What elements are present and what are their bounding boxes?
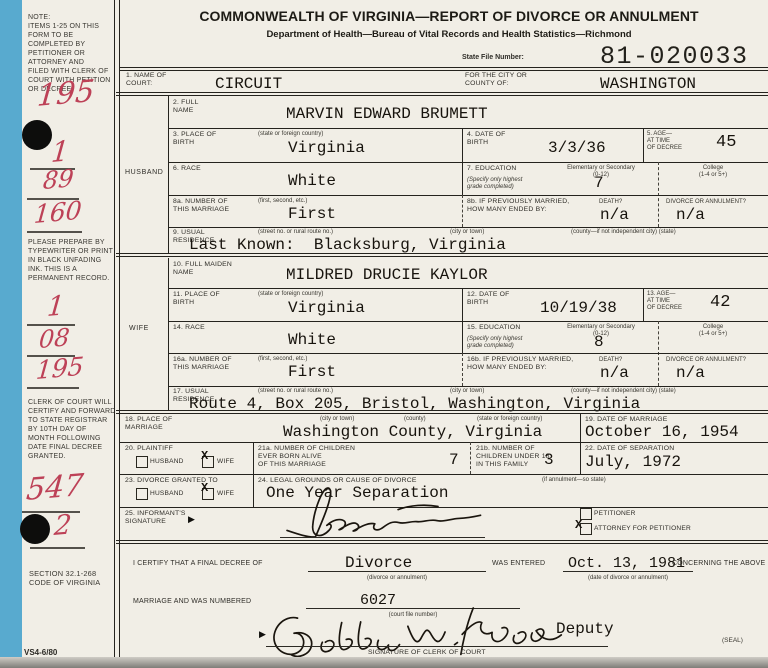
rule (168, 353, 768, 354)
decree-type-value: Divorce (345, 555, 412, 572)
court-name-label: 1. NAME OF COURT: (126, 72, 167, 88)
rule (119, 0, 120, 662)
wife-edu-college-label: College (1-4 or 5+) (668, 324, 758, 338)
granted-husband-label: HUSBAND (150, 490, 184, 497)
husband-divorce-value: n/a (676, 207, 705, 224)
checkmark-x: X (201, 449, 208, 463)
sidebar-note-prepare: PLEASE PREPARE BY TYPEWRITER OR PRINT IN… (28, 238, 120, 283)
certify-text-2: WAS ENTERED (492, 560, 545, 568)
husband-edu-elem-value: 7 (594, 175, 604, 192)
husband-residence-hint-county: (county—if not independent city) (state) (571, 229, 676, 236)
husband-edu-college-label: College (1-4 or 5+) (668, 165, 758, 179)
husband-prev-marriage-label: 8b. IF PREVIOUSLY MARRIED, HOW MANY ENDE… (467, 198, 569, 214)
entered-date-hint: (date of divorce or annulment) (563, 575, 693, 582)
entered-date-value: Oct. 13, 1981 (568, 555, 685, 572)
clerk-signature-caption: SIGNATURE OF CLERK OF COURT (368, 649, 486, 657)
informant-signature-label: 25. INFORMANT'S SIGNATURE (125, 510, 186, 526)
wife-birth-date-label: 12. DATE OF BIRTH (467, 291, 510, 307)
rule (168, 162, 768, 163)
separation-date-value: July, 1972 (585, 454, 681, 471)
blue-binding-strip (0, 0, 22, 668)
rule (470, 442, 471, 474)
husband-birth-place-label: 3. PLACE OF BIRTH (173, 131, 216, 147)
checkmark-x: X (575, 518, 582, 532)
husband-race-value: White (288, 173, 336, 190)
husband-race-label: 6. RACE (173, 165, 201, 173)
handwritten-number: 195 (35, 354, 85, 383)
wife-race-label: 14. RACE (173, 324, 205, 332)
children-born-label: 21a. NUMBER OF CHILDREN EVER BORN ALIVE … (258, 445, 355, 470)
rule (462, 195, 463, 227)
rule (168, 128, 768, 129)
plaintiff-wife-label: WIFE (217, 458, 234, 465)
sidebar-form-code: VS4-6/80 (24, 648, 57, 657)
divorce-report-form: NOTE: ITEMS 1-25 ON THIS FORM TO BE COMP… (0, 0, 768, 668)
wife-prev-marriage-label: 16b. IF PREVIOUSLY MARRIED, HOW MANY END… (467, 356, 573, 372)
wife-birth-place-hint: (state or foreign country) (258, 291, 323, 298)
husband-marriage-num-label: 8a. NUMBER OF THIS MARRIAGE (173, 198, 229, 214)
checkmark-x: X (201, 481, 208, 495)
wife-education-label: 15. EDUCATION (467, 324, 520, 332)
husband-birth-date-value: 3/3/36 (548, 140, 606, 157)
rule (580, 442, 581, 474)
rule (168, 258, 169, 411)
marriage-place-hint-county: (county) (404, 416, 426, 423)
husband-residence-hint-street: (street no. or rural route no.) (258, 229, 333, 236)
husband-birth-place-hint: (state or foreign country) (258, 131, 323, 138)
certify-text-1: I CERTIFY THAT A FINAL DECREE OF (133, 560, 263, 568)
informant-signature (277, 471, 505, 545)
wife-full-name-label: 10. FULL MAIDEN NAME (173, 261, 232, 277)
county-label: FOR THE CITY OR COUNTY OF: (465, 72, 527, 88)
rule (120, 442, 768, 443)
wife-marriage-num-hint: (first, second, etc.) (258, 356, 307, 363)
wife-birth-date-value: 10/19/38 (540, 300, 617, 317)
husband-section-label: HUSBAND (125, 169, 163, 176)
marriage-place-hint-state: (state or foreign country) (477, 416, 542, 423)
rule (168, 288, 768, 289)
form-subtitle: Department of Health—Bureau of Vital Rec… (130, 29, 768, 40)
rule (114, 0, 115, 662)
state-file-number-stamp: 81-020033 (600, 44, 749, 69)
county-value: WASHINGTON (600, 76, 696, 93)
handwritten-underline (27, 387, 79, 389)
petitioner-label: PETITIONER (594, 510, 636, 517)
husband-death-value: n/a (600, 207, 629, 224)
wife-full-name-value: MILDRED DRUCIE KAYLOR (286, 267, 488, 284)
handwritten-number: 1 (46, 292, 66, 321)
wife-birth-place-value: Virginia (288, 300, 365, 317)
husband-death-label: DEATH? (599, 199, 622, 206)
husband-full-name-label: 2. FULL NAME (173, 99, 199, 115)
rule (116, 410, 768, 414)
grounds-hint: (if annulment—so state) (542, 477, 606, 484)
rule (116, 253, 768, 257)
wife-edu-elem-value: 8 (594, 334, 604, 351)
husband-full-name-value: MARVIN EDWARD BRUMETT (286, 106, 488, 123)
wife-marriage-num-value: First (288, 364, 336, 381)
rule (168, 227, 768, 228)
handwritten-number: 1 (50, 137, 70, 167)
form-title: COMMONWEALTH OF VIRGINIA—REPORT OF DIVOR… (130, 8, 768, 24)
rule (116, 92, 768, 96)
marriage-date-value: October 16, 1954 (585, 424, 739, 441)
court-name-value: CIRCUIT (215, 76, 282, 93)
handwritten-number: 08 (38, 325, 71, 352)
husband-age-value: 45 (716, 134, 736, 151)
handwritten-underline (30, 547, 85, 549)
husband-birth-date-label: 4. DATE OF BIRTH (467, 131, 506, 147)
husband-education-hint: (Specify only highest grade completed) (467, 177, 522, 191)
wife-divorce-value: n/a (676, 365, 705, 382)
separation-date-label: 22. DATE OF SEPARATION (585, 445, 674, 453)
rule (462, 353, 463, 386)
wife-education-hint: (Specify only highest grade completed) (467, 336, 522, 350)
certify-text-3: CONCERNING THE ABOVE (672, 560, 765, 568)
marriage-place-hint-city: (city or town) (320, 416, 354, 423)
decree-hint: (divorce or annulment) (308, 575, 486, 582)
rule (643, 128, 644, 162)
rule (168, 195, 768, 196)
handwritten-number: 547 (25, 471, 85, 506)
clerk-signature-line (266, 646, 608, 647)
attorney-label: ATTORNEY FOR PETITIONER (594, 525, 691, 532)
rule (168, 95, 169, 254)
plaintiff-husband-checkbox (136, 456, 148, 468)
handwritten-number: 2 (53, 511, 73, 540)
marriage-place-value: Washington County, Virginia (283, 424, 542, 441)
arrow-right-icon: ▶ (188, 515, 195, 524)
wife-birth-place-label: 11. PLACE OF BIRTH (173, 291, 220, 307)
informant-signature-line (280, 537, 485, 538)
husband-residence-value: Last Known: Blacksburg, Virginia (189, 237, 506, 254)
wife-divorce-label: DIVORCE OR ANNULMENT? (666, 357, 746, 364)
handwritten-number: 160 (33, 198, 83, 227)
husband-marriage-num-hint: (first, second, etc.) (258, 198, 307, 205)
certify-text-4: MARRIAGE AND WAS NUMBERED (133, 598, 251, 606)
marriage-place-label: 18. PLACE OF MARRIAGE (125, 416, 172, 432)
wife-race-value: White (288, 332, 336, 349)
state-file-number-label: State File Number: (462, 54, 524, 61)
seal-label: (SEAL) (722, 637, 743, 644)
page-bottom-shadow (0, 657, 768, 668)
wife-residence-hint-city: (city or town) (450, 388, 484, 395)
rule (116, 540, 768, 544)
deputy-value: Deputy (556, 621, 614, 638)
wife-death-value: n/a (600, 365, 629, 382)
husband-residence-hint-city: (city or town) (450, 229, 484, 236)
plaintiff-label: 20. PLAINTIFF (125, 445, 173, 453)
husband-birth-place-value: Virginia (288, 140, 365, 157)
granted-husband-checkbox (136, 488, 148, 500)
rule (643, 288, 644, 321)
wife-age-value: 42 (710, 294, 730, 311)
hole-punch-bottom (20, 514, 50, 544)
rule (168, 321, 768, 322)
sidebar-section-code: SECTION 32.1-268 CODE OF VIRGINIA (29, 569, 121, 587)
arrow-right-icon: ▶ (259, 630, 266, 639)
husband-divorce-label: DIVORCE OR ANNULMENT? (666, 199, 746, 206)
wife-residence-hint-county: (county—if not independent city) (state) (571, 388, 676, 395)
wife-marriage-num-label: 16a. NUMBER OF THIS MARRIAGE (173, 356, 232, 372)
granted-wife-label: WIFE (217, 490, 234, 497)
husband-age-label: 5. AGE— AT TIME OF DECREE (647, 131, 682, 152)
sidebar-note-clerk: CLERK OF COURT WILL CERTIFY AND FORWARD … (28, 398, 120, 461)
rule (120, 67, 768, 69)
husband-education-label: 7. EDUCATION (467, 165, 516, 173)
husband-marriage-num-value: First (288, 206, 336, 223)
handwritten-number: 89 (42, 166, 75, 193)
children-under18-value: 3 (544, 452, 554, 469)
wife-section-label: WIFE (129, 325, 149, 332)
children-born-value: 7 (449, 452, 459, 469)
wife-residence-hint-street: (street no. or rural route no.) (258, 388, 333, 395)
wife-death-label: DEATH? (599, 357, 622, 364)
plaintiff-husband-label: HUSBAND (150, 458, 184, 465)
handwritten-underline (27, 231, 82, 233)
wife-age-label: 13. AGE— AT TIME OF DECREE (647, 291, 682, 312)
rule (120, 70, 768, 71)
handwritten-number: 195 (36, 77, 96, 112)
children-under18-label: 21b. NUMBER OF CHILDREN UNDER 18 IN THIS… (476, 445, 550, 470)
hole-punch-top (22, 120, 52, 150)
rule (168, 386, 768, 387)
